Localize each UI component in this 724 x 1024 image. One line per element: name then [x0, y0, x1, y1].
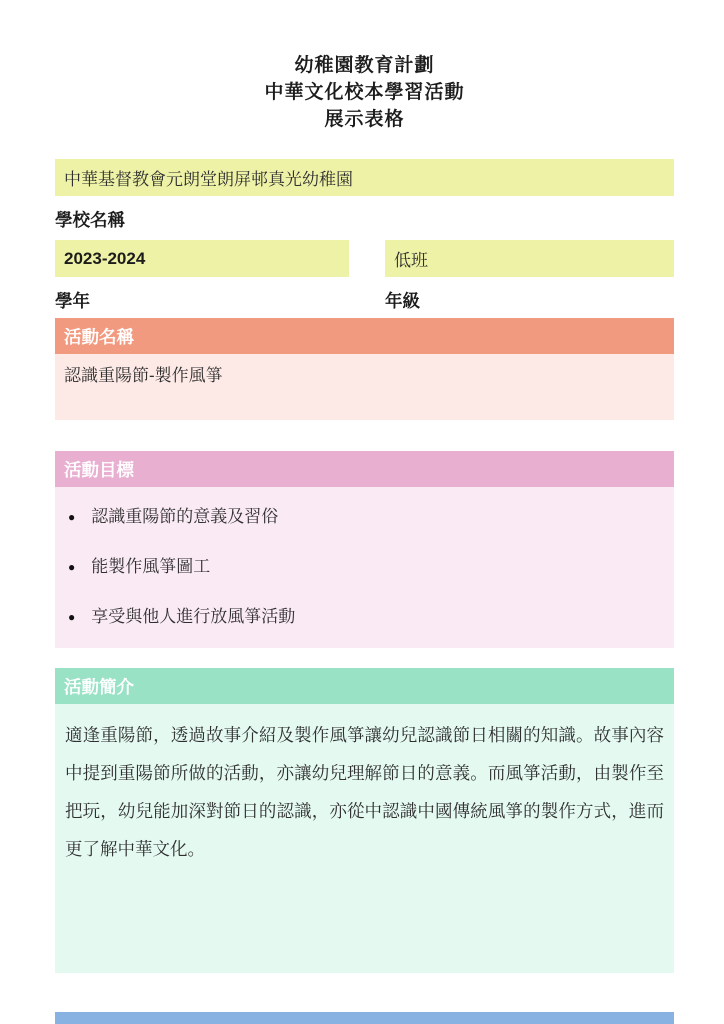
objectives-list: ● 認識重陽節的意義及習俗 ● 能製作風箏圖工 ● 享受與他人進行放風箏活動 [55, 487, 674, 648]
objectives-header: 活動目標 [55, 451, 674, 487]
activity-name-value: 認識重陽節-製作風箏 [55, 354, 674, 420]
year-grade-row: 2023-2024 學年 低班 年級 [55, 240, 674, 312]
intro-text: 適逢重陽節，透過故事介紹及製作風箏讓幼兒認識節日相關的知識。故事內容中提到重陽節… [65, 716, 664, 868]
activity-name-section: 活動名稱 認識重陽節-製作風箏 [55, 318, 674, 420]
document-title-line-2: 中華文化校本學習活動 [55, 79, 674, 106]
objective-item: ● 享受與他人進行放風箏活動 [64, 604, 665, 630]
grade-value: 低班 [385, 240, 674, 277]
document-title-line-1: 幼稚園教育計劃 [55, 52, 674, 79]
document-title: 幼稚園教育計劃 中華文化校本學習活動 展示表格 [55, 52, 674, 133]
year-column: 2023-2024 學年 [55, 240, 349, 312]
bullet-icon: ● [68, 554, 75, 580]
activity-name-header: 活動名稱 [55, 318, 674, 354]
document-title-line-3: 展示表格 [55, 106, 674, 133]
school-year-label: 學年 [55, 290, 349, 312]
school-year-value: 2023-2024 [55, 240, 349, 277]
objective-text: 認識重陽節的意義及習俗 [91, 504, 278, 530]
intro-body: 適逢重陽節，透過故事介紹及製作風箏讓幼兒認識節日相關的知識。故事內容中提到重陽節… [55, 704, 674, 973]
document-page: 幼稚園教育計劃 中華文化校本學習活動 展示表格 中華基督教會元朗堂朗屏邨真光幼稚… [0, 0, 724, 1024]
grade-label: 年級 [385, 290, 674, 312]
school-name-label: 學校名稱 [55, 209, 674, 231]
objective-item: ● 能製作風箏圖工 [64, 554, 665, 580]
content-column: 幼稚園教育計劃 中華文化校本學習活動 展示表格 中華基督教會元朗堂朗屏邨真光幼稚… [55, 0, 674, 973]
objective-text: 能製作風箏圖工 [91, 554, 210, 580]
school-name-value: 中華基督教會元朗堂朗屏邨真光幼稚園 [55, 159, 674, 196]
objective-item: ● 認識重陽節的意義及習俗 [64, 504, 665, 530]
bullet-icon: ● [68, 604, 75, 630]
bullet-icon: ● [68, 504, 75, 530]
grade-column: 低班 年級 [385, 240, 674, 312]
objective-text: 享受與他人進行放風箏活動 [91, 604, 295, 630]
objectives-section: 活動目標 ● 認識重陽節的意義及習俗 ● 能製作風箏圖工 ● 享受與他人進行放風… [55, 451, 674, 648]
intro-header: 活動簡介 [55, 668, 674, 704]
intro-section: 活動簡介 適逢重陽節，透過故事介紹及製作風箏讓幼兒認識節日相關的知識。故事內容中… [55, 668, 674, 973]
next-section-header-top-edge [55, 1012, 674, 1024]
